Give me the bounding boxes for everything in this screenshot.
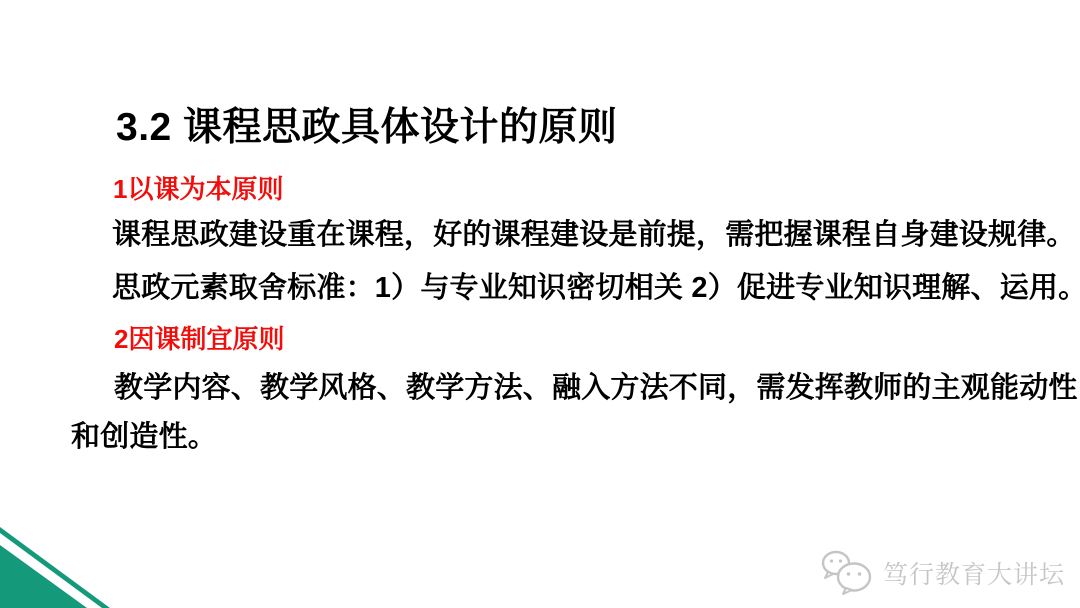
section-2-line-2: 和创造性。: [71, 414, 217, 455]
corner-ribbon-decoration: [0, 523, 150, 608]
slide-title: 3.2 课程思政具体设计的原则: [116, 96, 618, 152]
section-2-line-1: 教学内容、教学风格、教学方法、融入方法不同，需发挥教师的主观能动性: [114, 365, 1078, 406]
section-1-line-1: 课程思政建设重在课程，好的课程建设是前提，需把握课程自身建设规律。: [112, 212, 1076, 253]
section-1-heading: 1以课为本原则: [113, 169, 283, 206]
wechat-logo-icon: [820, 549, 874, 597]
ribbon-triangle: [0, 545, 87, 608]
watermark: 笃行教育大讲坛: [820, 549, 1065, 597]
section-1-line-2: 思政元素取舍标准：1）与专业知识密切相关 2）促进专业知识理解、运用。: [112, 265, 1080, 306]
presentation-slide: 3.2 课程思政具体设计的原则 1以课为本原则 课程思政建设重在课程，好的课程建…: [0, 0, 1080, 608]
section-2-heading: 2因课制宜原则: [114, 319, 284, 356]
watermark-brand-text: 笃行教育大讲坛: [883, 555, 1065, 591]
